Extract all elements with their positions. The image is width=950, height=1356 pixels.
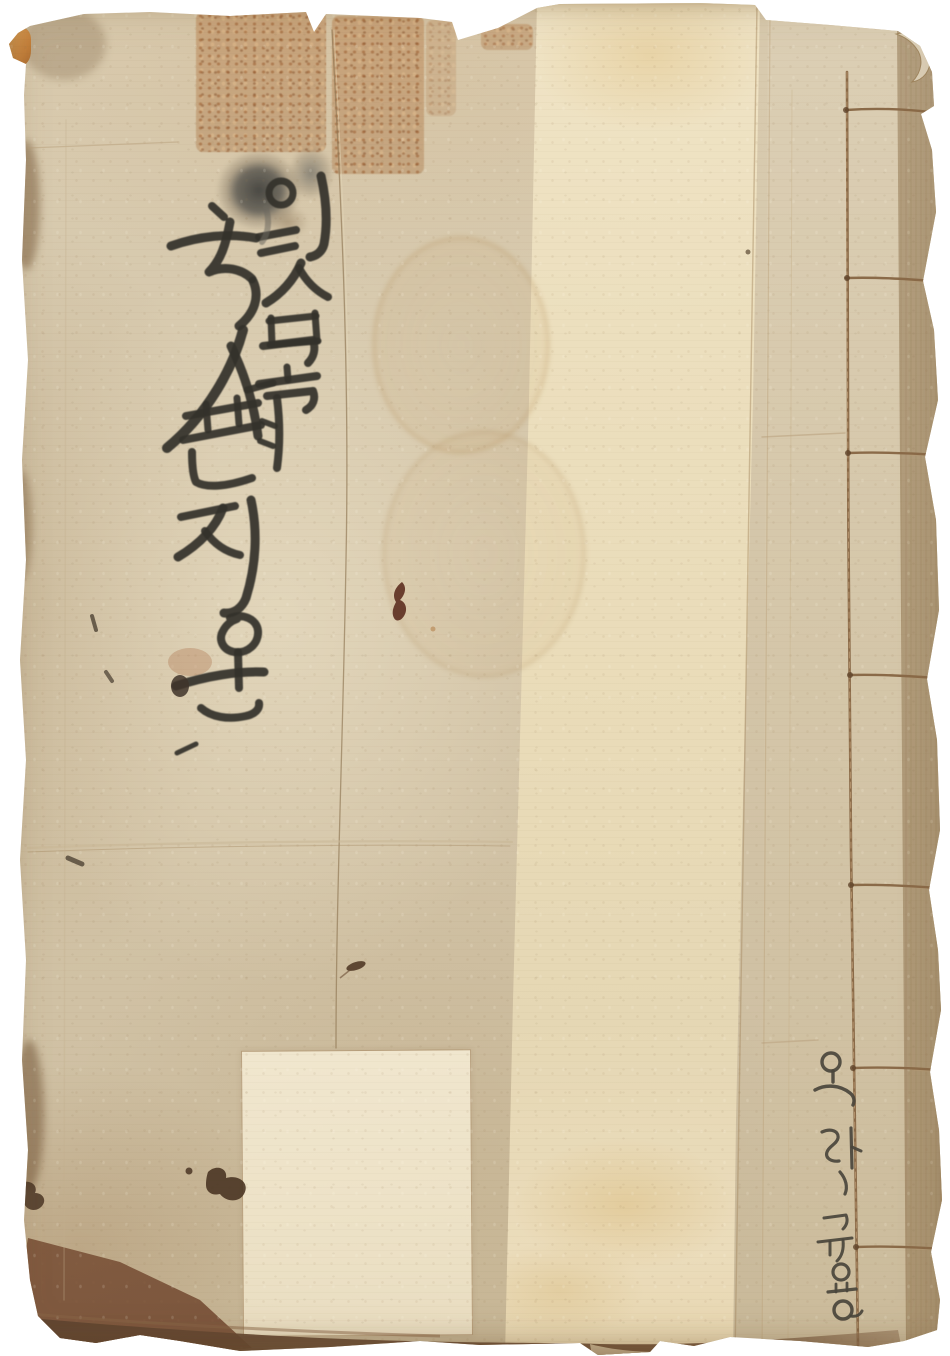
corner-curl <box>896 33 930 82</box>
bottom-edge-shadow <box>30 1314 902 1356</box>
wormholes-and-speckles <box>16 250 750 1210</box>
photo-background: 의심곡 축사 편지문 오락규용 <box>0 0 950 1356</box>
book-cover: 의심곡 축사 편지문 오락규용 <box>0 0 950 1356</box>
